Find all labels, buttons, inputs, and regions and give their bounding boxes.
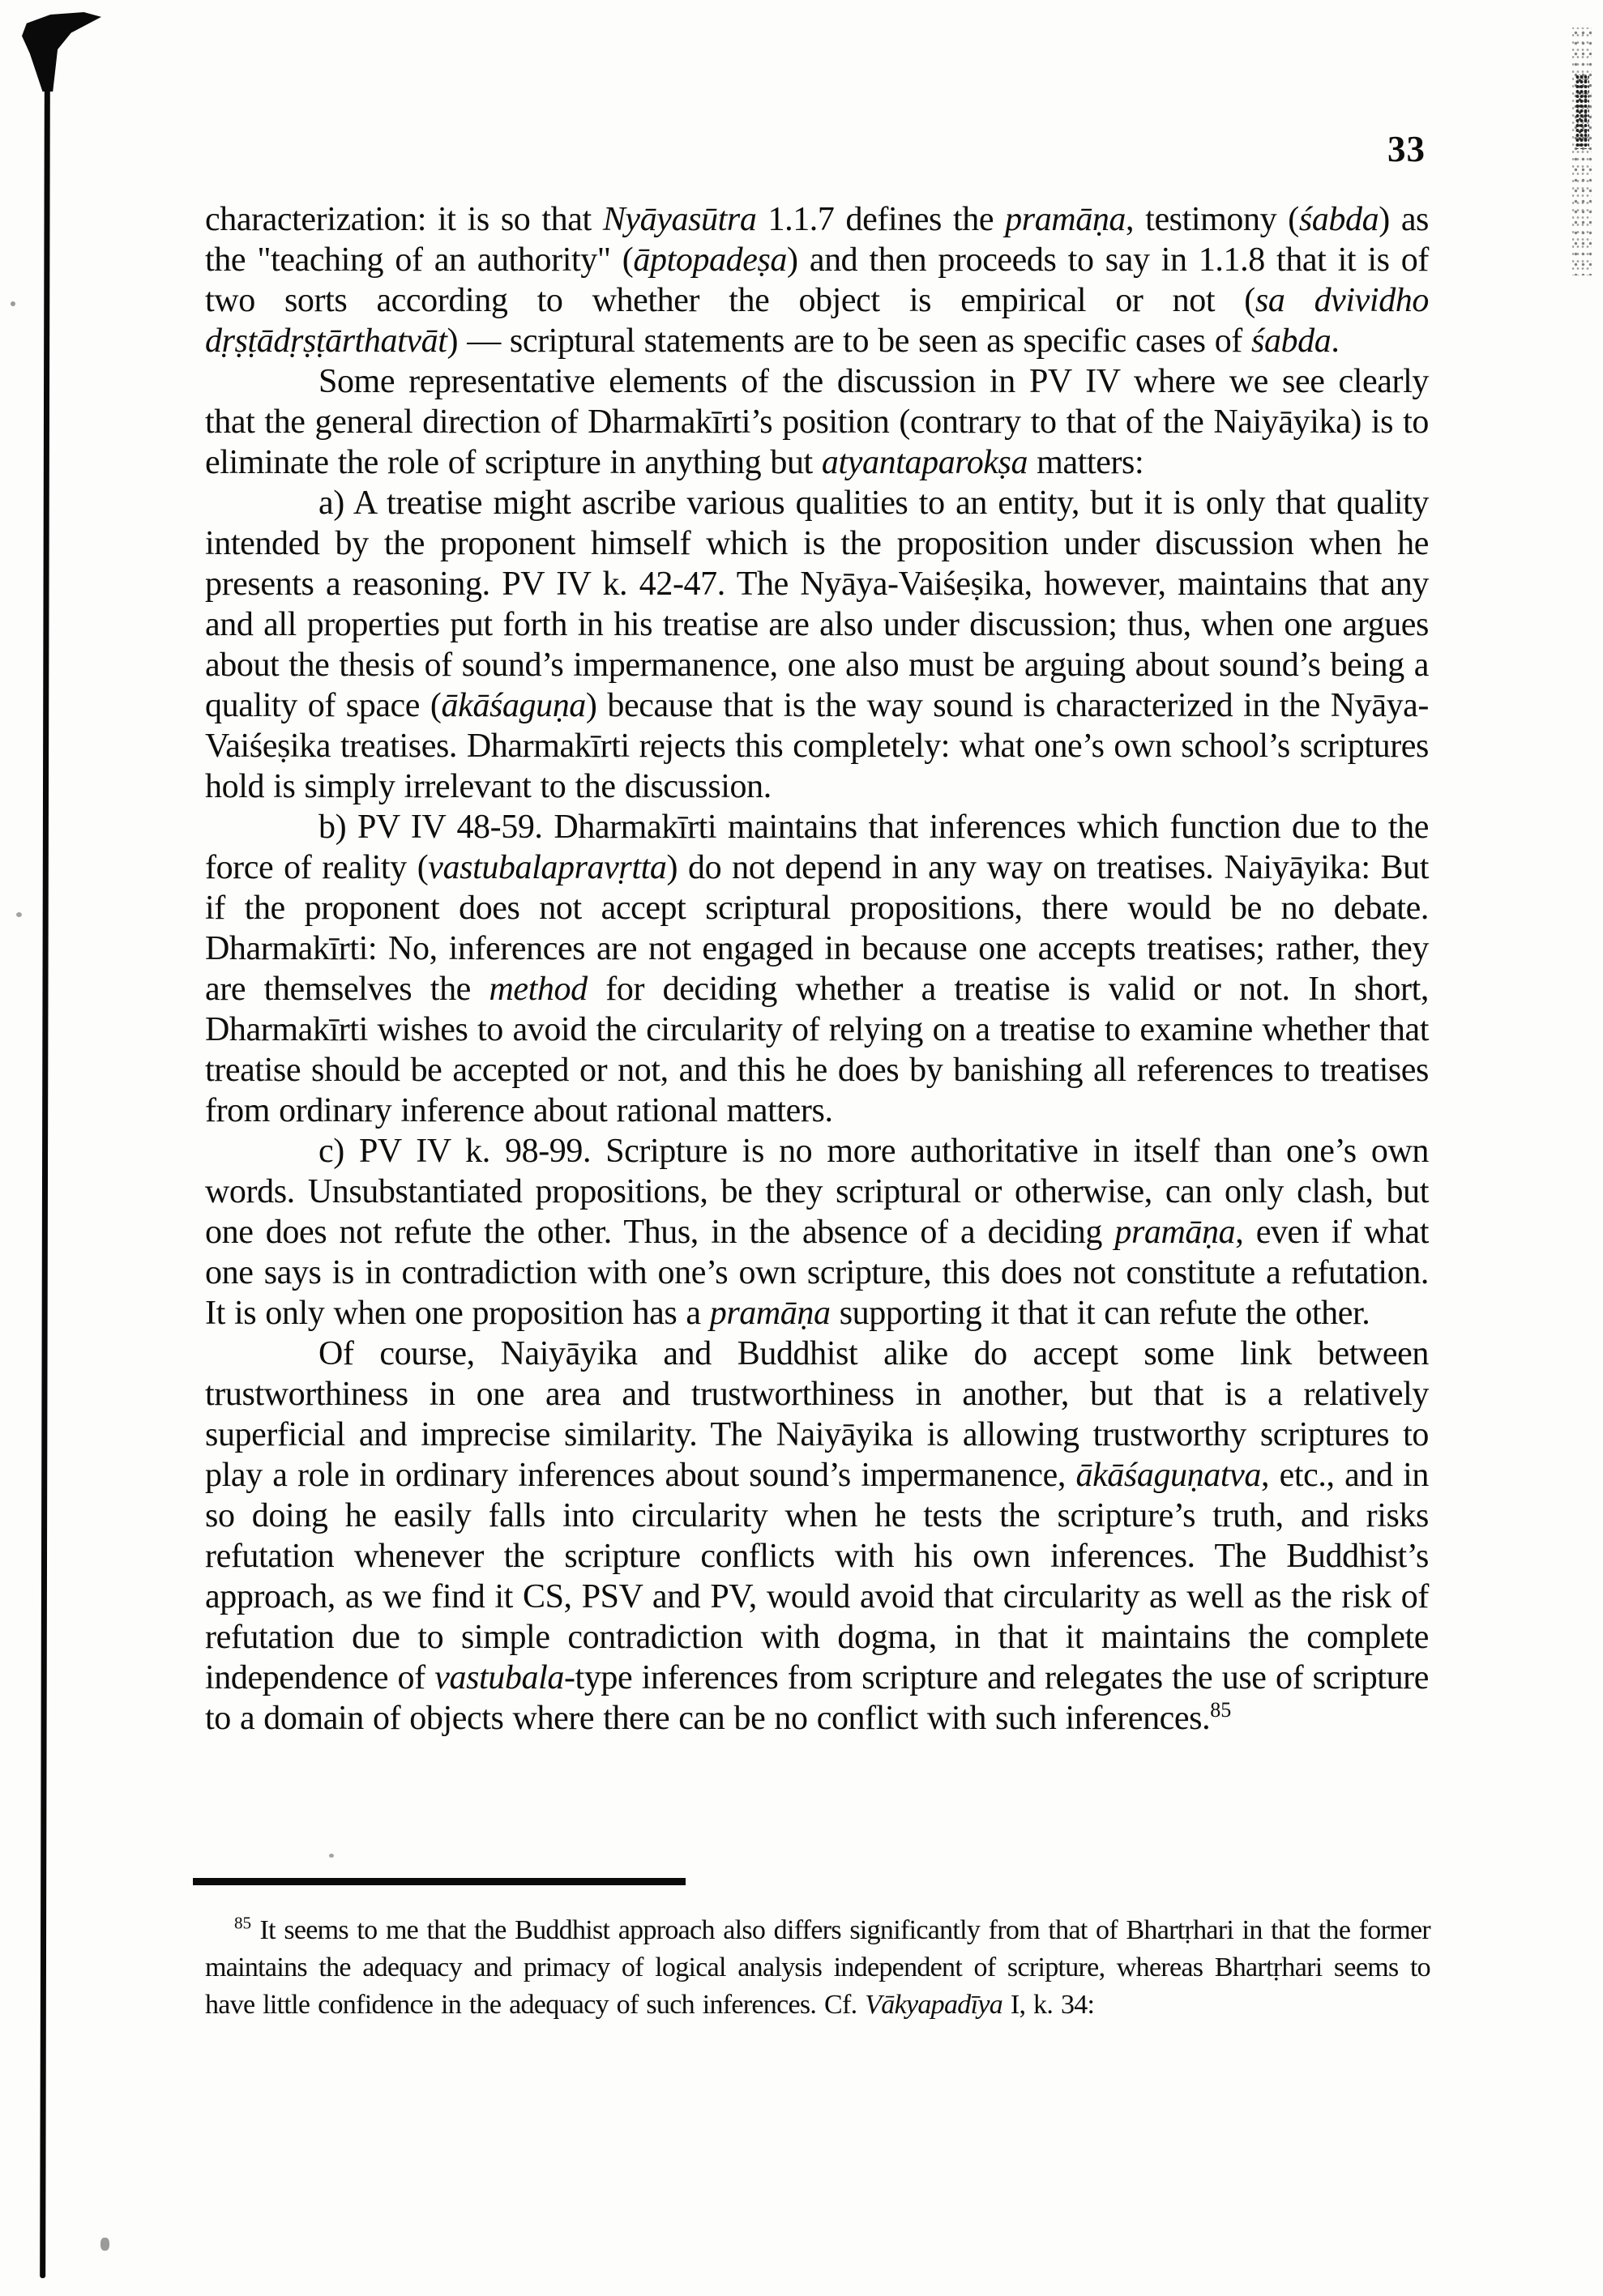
scan-artifact-speckle-band-core bbox=[1575, 75, 1589, 149]
paragraph-c-pv-iv-98-99: c) PV IV k. 98-99. Scripture is no more … bbox=[205, 1131, 1429, 1334]
scan-artifact-speck bbox=[329, 1854, 334, 1858]
scan-artifact-speck bbox=[11, 301, 15, 306]
scan-artifact-vertical-line bbox=[40, 19, 50, 2278]
paragraph-characterization: characterization: it is so that Nyāyasūt… bbox=[205, 199, 1429, 361]
footnote-separator-rule bbox=[193, 1878, 686, 1885]
paragraph-some-representative: Some representative elements of the disc… bbox=[205, 361, 1429, 483]
body-text: characterization: it is so that Nyāyasūt… bbox=[205, 199, 1429, 1739]
page-number: 33 bbox=[1387, 128, 1426, 170]
scan-artifact-speck bbox=[16, 912, 22, 917]
scan-artifact-speck bbox=[100, 2238, 109, 2251]
scanned-book-page: { "page": { "number": "33" }, "body": { … bbox=[0, 0, 1603, 2296]
paragraph-b-pv-iv-48-59: b) PV IV 48-59. Dharmakīrti maintains th… bbox=[205, 807, 1429, 1131]
paragraph-a-treatise: a) A treatise might ascribe various qual… bbox=[205, 483, 1429, 807]
scan-artifact-ink-blob bbox=[22, 12, 101, 92]
footnote-85: 85 It seems to me that the Buddhist appr… bbox=[205, 1912, 1430, 2024]
scan-artifact-speckle-band bbox=[1572, 28, 1592, 275]
paragraph-of-course: Of course, Naiyāyika and Buddhist alike … bbox=[205, 1334, 1429, 1739]
